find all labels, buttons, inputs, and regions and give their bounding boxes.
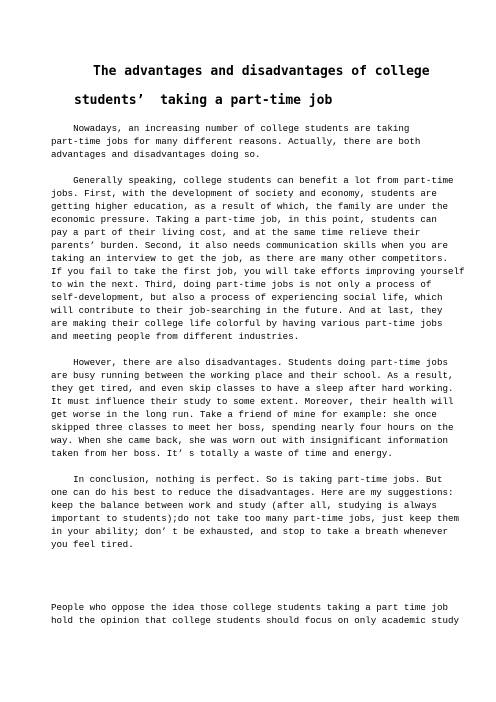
document-page: The advantages and disadvantages of coll…	[0, 0, 496, 702]
closing-paragraph: People who oppose the idea those college…	[51, 601, 482, 627]
paragraph-advantages: Generally speaking, college students can…	[51, 174, 482, 343]
document-title: The advantages and disadvantages of coll…	[74, 57, 482, 115]
paragraph-disadvantages: However, there are also disadvantages. S…	[51, 356, 482, 460]
paragraph-intro: Nowadays, an increasing number of colleg…	[51, 122, 482, 161]
paragraph-conclusion: In conclusion, nothing is perfect. So is…	[51, 473, 482, 551]
